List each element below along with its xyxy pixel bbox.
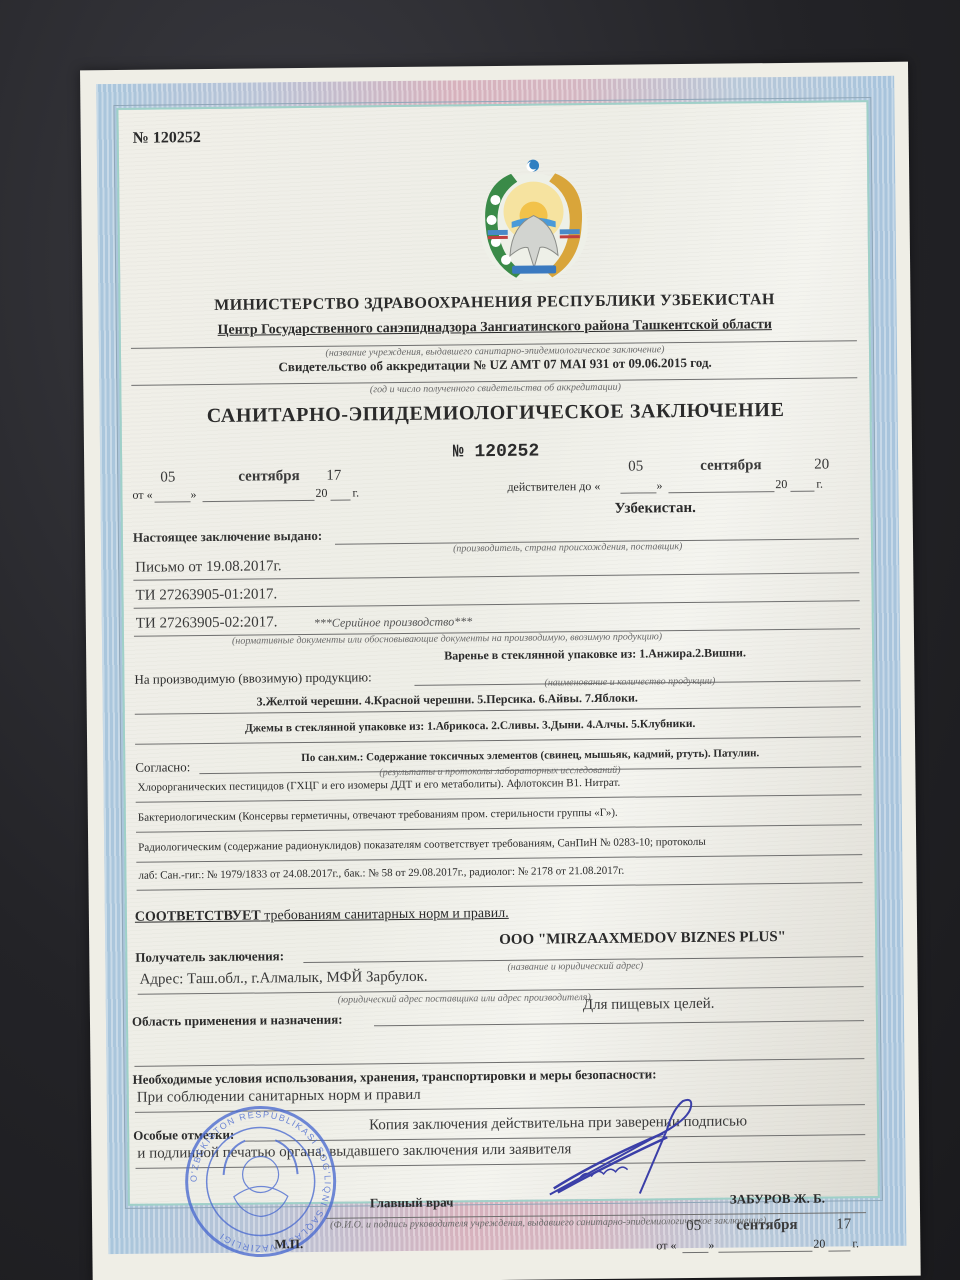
valid-month: сентября bbox=[700, 457, 762, 475]
according-line-4: Радиологическим (содержание радионуклидо… bbox=[138, 836, 706, 854]
document-ref-ti-02: ТИ 27263905-02:2017. bbox=[136, 614, 278, 632]
products-label: На производимую (ввозимую) продукцию: bbox=[134, 669, 371, 687]
document-ref-ti-01: ТИ 27263905-01:2017. bbox=[135, 586, 277, 604]
valid-year: 20 bbox=[814, 457, 829, 474]
scope-value: Для пищевых целей. bbox=[583, 996, 715, 1014]
scope-label: Область применения и назначения: bbox=[132, 1012, 343, 1030]
issued-to-label: Настоящее заключение выдано: bbox=[133, 528, 322, 546]
issued-prefix: от « bbox=[132, 488, 152, 503]
ministry-heading: МИНИСТЕРСТВО ЗДРАВООХРАНЕНИЯ РЕСПУБЛИКИ … bbox=[120, 290, 868, 316]
sign-day: 05 bbox=[686, 1218, 701, 1235]
according-line-1: По сан.хим.: Содержание токсичных элемен… bbox=[301, 747, 759, 764]
address-caption: (юридический адрес поставщика или адрес … bbox=[338, 992, 591, 1006]
products-caption: (наименование и количество продукции) bbox=[544, 676, 715, 689]
recipient-caption: (название и юридический адрес) bbox=[507, 960, 643, 972]
official-seal-icon: O'ZBEKISTON RESPUBLIKASI SOG'LIQNI SAQLA… bbox=[183, 1104, 339, 1260]
issued-to-caption: (производитель, страна происхождения, по… bbox=[453, 541, 682, 554]
according-line-2: Хлорорганических пестицидов (ГХЦГ и его … bbox=[137, 777, 620, 794]
country-of-origin: Узбекистан. bbox=[615, 500, 696, 518]
product-line-2: 3.Желтой черешни. 4.Красной черешни. 5.П… bbox=[257, 691, 638, 710]
certificate-body: № 120252 МИНИСТЕРСТВО ЗДРАВООХРАНЕНИЯ РЕ… bbox=[116, 100, 879, 1206]
according-line-5: лаб: Сан.-гиг.: № 1979/1833 от 24.08.201… bbox=[138, 865, 624, 882]
signature-icon bbox=[539, 1088, 750, 1200]
product-line-3: Джемы в стеклянной упаковке из: 1.Абрико… bbox=[245, 718, 696, 735]
recipient-address: Адрес: Таш.обл., г.Алмалык, МФЙ Зарбулок… bbox=[139, 969, 427, 989]
document-title: САНИТАРНО-ЭПИДЕМИОЛОГИЧЕСКОЕ ЗАКЛЮЧЕНИЕ bbox=[122, 398, 870, 429]
product-line-1: Варенье в стеклянной упаковке из: 1.Анжи… bbox=[444, 645, 746, 663]
svg-text:O'ZBEKISTON RESPUBLIKASI SOG'L: O'ZBEKISTON RESPUBLIKASI SOG'LIQNI SAQLA… bbox=[188, 1109, 334, 1255]
serial-production-note: ***Серийное производство*** bbox=[314, 614, 473, 631]
according-label: Согласно: bbox=[135, 759, 190, 776]
according-line-3: Бактериологическим (Консервы герметичны,… bbox=[138, 807, 618, 824]
issued-month: сентября bbox=[238, 468, 300, 486]
issued-day: 05 bbox=[160, 469, 175, 486]
document-ref-letter: Письмо от 19.08.2017г. bbox=[135, 558, 282, 577]
issued-year: 17 bbox=[326, 468, 341, 485]
valid-day: 05 bbox=[628, 458, 643, 475]
recipient-name: ООО "MIRZAAXMEDOV BIZNES PLUS" bbox=[499, 929, 786, 949]
serial-number: № 120252 bbox=[133, 129, 201, 148]
stamp-mp-label: М.П. bbox=[274, 1236, 303, 1252]
institution-name: Центр Государственного санэпиднадзора За… bbox=[121, 316, 869, 340]
certificate-sheet: № 120252 МИНИСТЕРСТВО ЗДРАВООХРАНЕНИЯ РЕ… bbox=[80, 62, 921, 1280]
conditions-label: Необходимые условия использования, хране… bbox=[133, 1066, 657, 1087]
valid-label: действителен до « bbox=[507, 479, 600, 495]
state-emblem-icon bbox=[471, 155, 596, 284]
sign-year: 17 bbox=[836, 1216, 851, 1233]
chief-doctor-label: Главный врач bbox=[370, 1194, 454, 1211]
conformity-statement: СООТВЕТСТВУЕТ требованиям санитарных нор… bbox=[135, 906, 509, 926]
recipient-label: Получатель заключения: bbox=[135, 948, 284, 966]
sign-month: сентября bbox=[736, 1217, 798, 1235]
